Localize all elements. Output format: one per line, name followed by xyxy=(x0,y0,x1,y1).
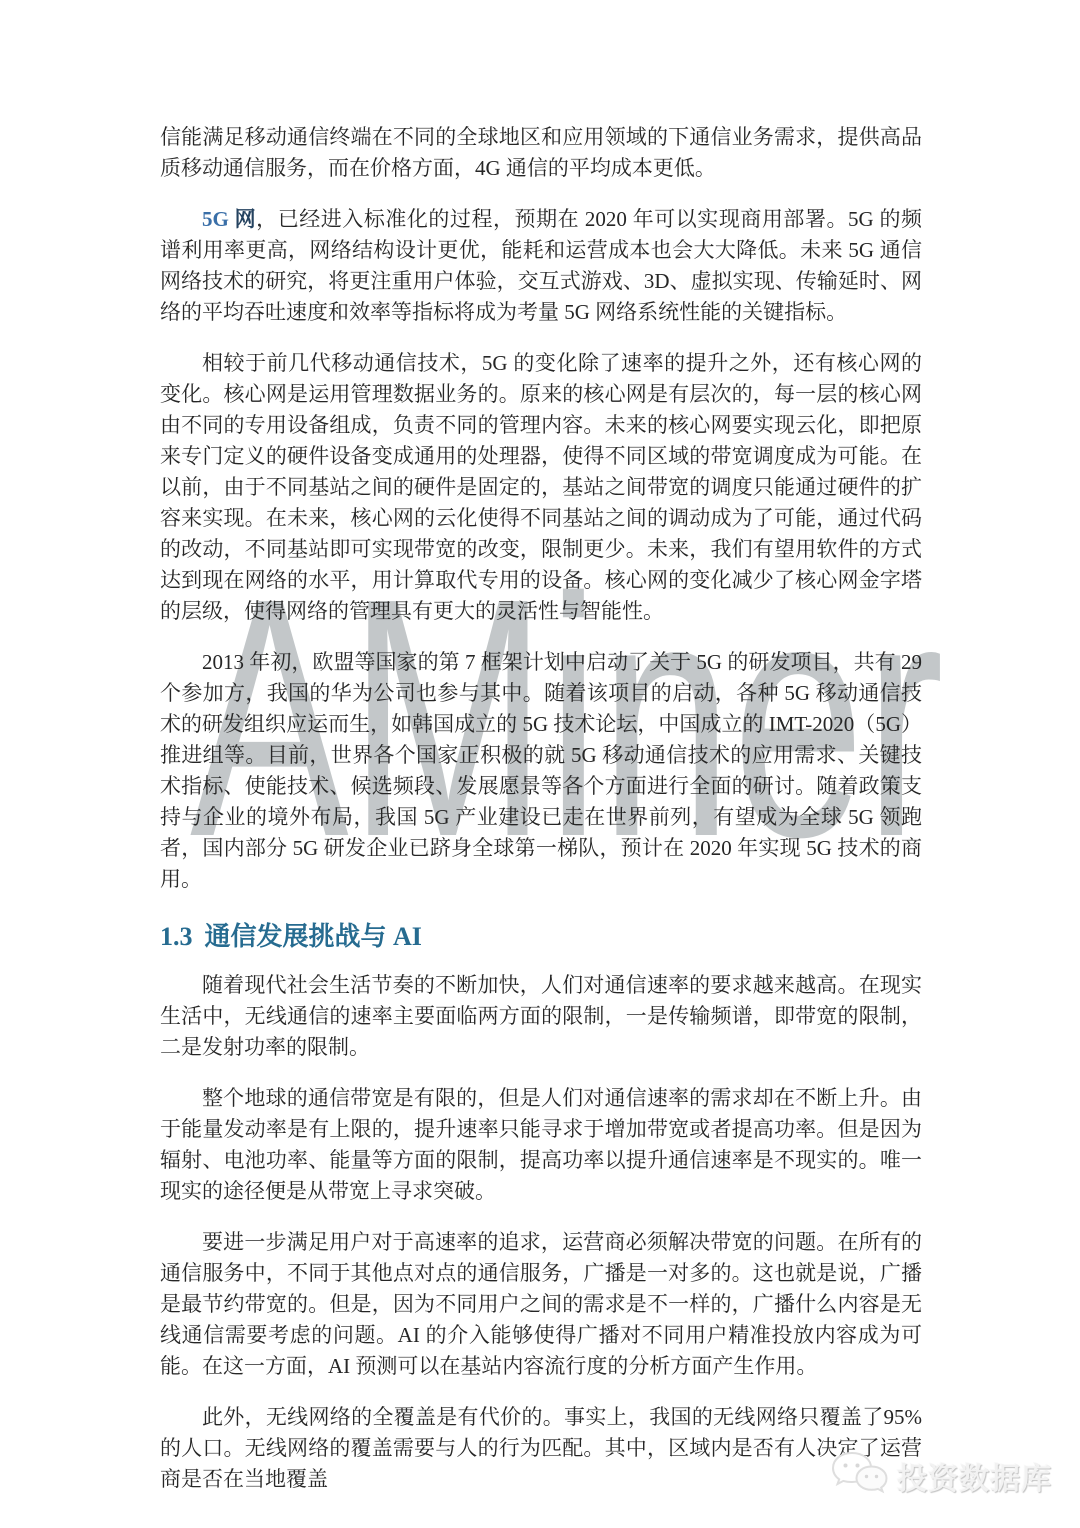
page-content: 信能满足移动通信终端在不同的全球地区和应用领域的下通信业务需求，提供高品质移动通… xyxy=(160,122,922,1515)
term-5g: 5G xyxy=(202,207,235,231)
paragraph-5g-network: 5G 网，已经进入标准化的过程，预期在 2020 年可以实现商用部署。5G 的频… xyxy=(160,204,922,328)
paragraph-coverage: 此外，无线网络的全覆盖是有代价的。事实上，我国的无线网络只覆盖了95%的人口。无… xyxy=(160,1402,922,1495)
paragraph-2013-framework: 2013 年初，欧盟等国家的第 7 框架计划中启动了关于 5G 的研发项目，共有… xyxy=(160,647,922,895)
paragraph-intro-continuation: 信能满足移动通信终端在不同的全球地区和应用领域的下通信业务需求，提供高品质移动通… xyxy=(160,122,922,184)
section-number: 1.3 xyxy=(160,922,193,951)
paragraph-core-network: 相较于前几代移动通信技术，5G 的变化除了速率的提升之外，还有核心网的变化。核心… xyxy=(160,348,922,627)
wechat-chat-bubbles-icon xyxy=(827,1449,889,1502)
paragraph-broadcast-ai: 要进一步满足用户对于高速率的追求，运营商必须解决带宽的问题。在所有的通信服务中，… xyxy=(160,1227,922,1382)
term-5g-wang: 网 xyxy=(235,207,257,231)
paragraph-bandwidth-limit: 整个地球的通信带宽是有限的，但是人们对通信速率的需求却在不断上升。由于能量发动率… xyxy=(160,1083,922,1207)
paragraph-5g-body: ，已经进入标准化的过程，预期在 2020 年可以实现商用部署。5G 的频谱利用率… xyxy=(160,207,922,324)
footer-brand-text: 投资数据库 xyxy=(897,1454,1052,1498)
footer-brand: 投资数据库 xyxy=(827,1449,1052,1502)
document-page: AMiner 信能满足移动通信终端在不同的全球地区和应用领域的下通信业务需求，提… xyxy=(0,0,1080,1528)
section-heading-1-3: 1.3通信发展挑战与 AI xyxy=(160,921,922,952)
section-title: 通信发展挑战与 AI xyxy=(205,922,422,951)
paragraph-speed-limits: 随着现代社会生活节奏的不断加快，人们对通信速率的要求越来越高。在现实生活中，无线… xyxy=(160,970,922,1063)
